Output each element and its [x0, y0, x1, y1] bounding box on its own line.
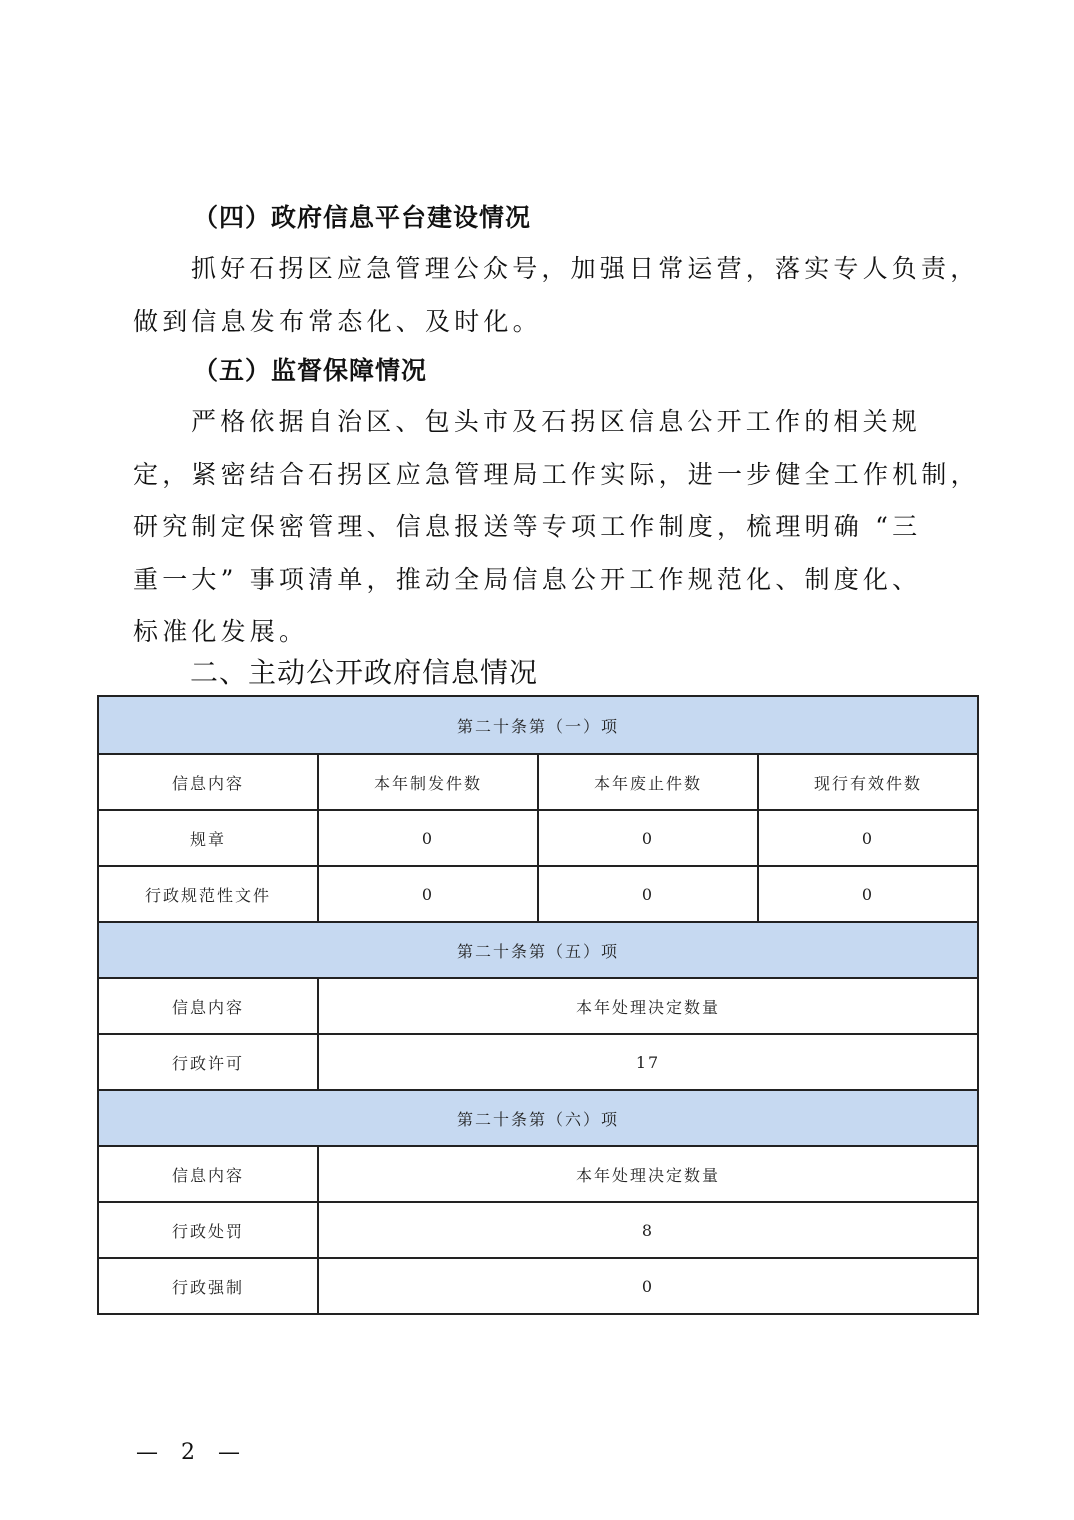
table-section-header: 第二十条第（六）项 — [98, 1090, 978, 1146]
cell: 0 — [318, 1258, 978, 1314]
cell: 0 — [318, 810, 538, 866]
header-cell: 本年制发件数 — [318, 754, 538, 810]
cell: 规章 — [98, 810, 318, 866]
paragraph-line: 做到信息发布常态化、及时化。 — [133, 296, 945, 349]
cell: 0 — [758, 810, 978, 866]
section-title: 第二十条第（一）项 — [98, 696, 978, 754]
cell: 行政规范性文件 — [98, 866, 318, 922]
paragraph-line: 标准化发展。 — [133, 606, 945, 659]
table-header-row: 信息内容 本年处理决定数量 — [98, 1146, 978, 1202]
table-header-row: 信息内容 本年处理决定数量 — [98, 978, 978, 1034]
table-section-header: 第二十条第（一）项 — [98, 696, 978, 754]
header-cell: 现行有效件数 — [758, 754, 978, 810]
cell: 行政强制 — [98, 1258, 318, 1314]
paragraph-line: 严格依据自治区、包头市及石拐区信息公开工作的相关规 — [133, 396, 945, 449]
cell: 0 — [758, 866, 978, 922]
paragraph-platform: 抓好石拐区应急管理公众号，加强日常运营，落实专人负责， 做到信息发布常态化、及时… — [133, 243, 945, 348]
section-heading-supervision: （五）监督保障情况 — [193, 356, 427, 386]
paragraph-supervision: 严格依据自治区、包头市及石拐区信息公开工作的相关规 定，紧密结合石拐区应急管理局… — [133, 396, 945, 659]
table-row: 规章 0 0 0 — [98, 810, 978, 866]
paragraph-line: 定，紧密结合石拐区应急管理局工作实际，进一步健全工作机制， — [133, 449, 945, 502]
paragraph-line: 抓好石拐区应急管理公众号，加强日常运营，落实专人负责， — [133, 243, 945, 296]
header-cell: 信息内容 — [98, 754, 318, 810]
cell: 8 — [318, 1202, 978, 1258]
header-cell: 信息内容 — [98, 1146, 318, 1202]
table-row: 行政许可 17 — [98, 1034, 978, 1090]
cell: 行政处罚 — [98, 1202, 318, 1258]
section-title: 第二十条第（五）项 — [98, 922, 978, 978]
page-number: — 2 — — [136, 1440, 248, 1465]
paragraph-line: 重一大” 事项清单，推动全局信息公开工作规范化、制度化、 — [133, 554, 945, 607]
header-cell: 本年处理决定数量 — [318, 978, 978, 1034]
cell: 0 — [538, 866, 758, 922]
table-header-row: 信息内容 本年制发件数 本年废止件数 现行有效件数 — [98, 754, 978, 810]
table-row: 行政规范性文件 0 0 0 — [98, 866, 978, 922]
table-row: 行政强制 0 — [98, 1258, 978, 1314]
disclosure-table: 第二十条第（一）项 信息内容 本年制发件数 本年废止件数 现行有效件数 规章 0… — [97, 695, 979, 1315]
header-cell: 信息内容 — [98, 978, 318, 1034]
cell: 17 — [318, 1034, 978, 1090]
header-cell: 本年处理决定数量 — [318, 1146, 978, 1202]
header-cell: 本年废止件数 — [538, 754, 758, 810]
section-heading-platform: （四）政府信息平台建设情况 — [193, 203, 531, 233]
part-heading-proactive-disclosure: 二、主动公开政府信息情况 — [190, 656, 538, 690]
table-section-header: 第二十条第（五）项 — [98, 922, 978, 978]
section-title: 第二十条第（六）项 — [98, 1090, 978, 1146]
paragraph-line: 研究制定保密管理、信息报送等专项工作制度，梳理明确 “三 — [133, 501, 945, 554]
cell: 0 — [538, 810, 758, 866]
table-row: 行政处罚 8 — [98, 1202, 978, 1258]
cell: 行政许可 — [98, 1034, 318, 1090]
cell: 0 — [318, 866, 538, 922]
